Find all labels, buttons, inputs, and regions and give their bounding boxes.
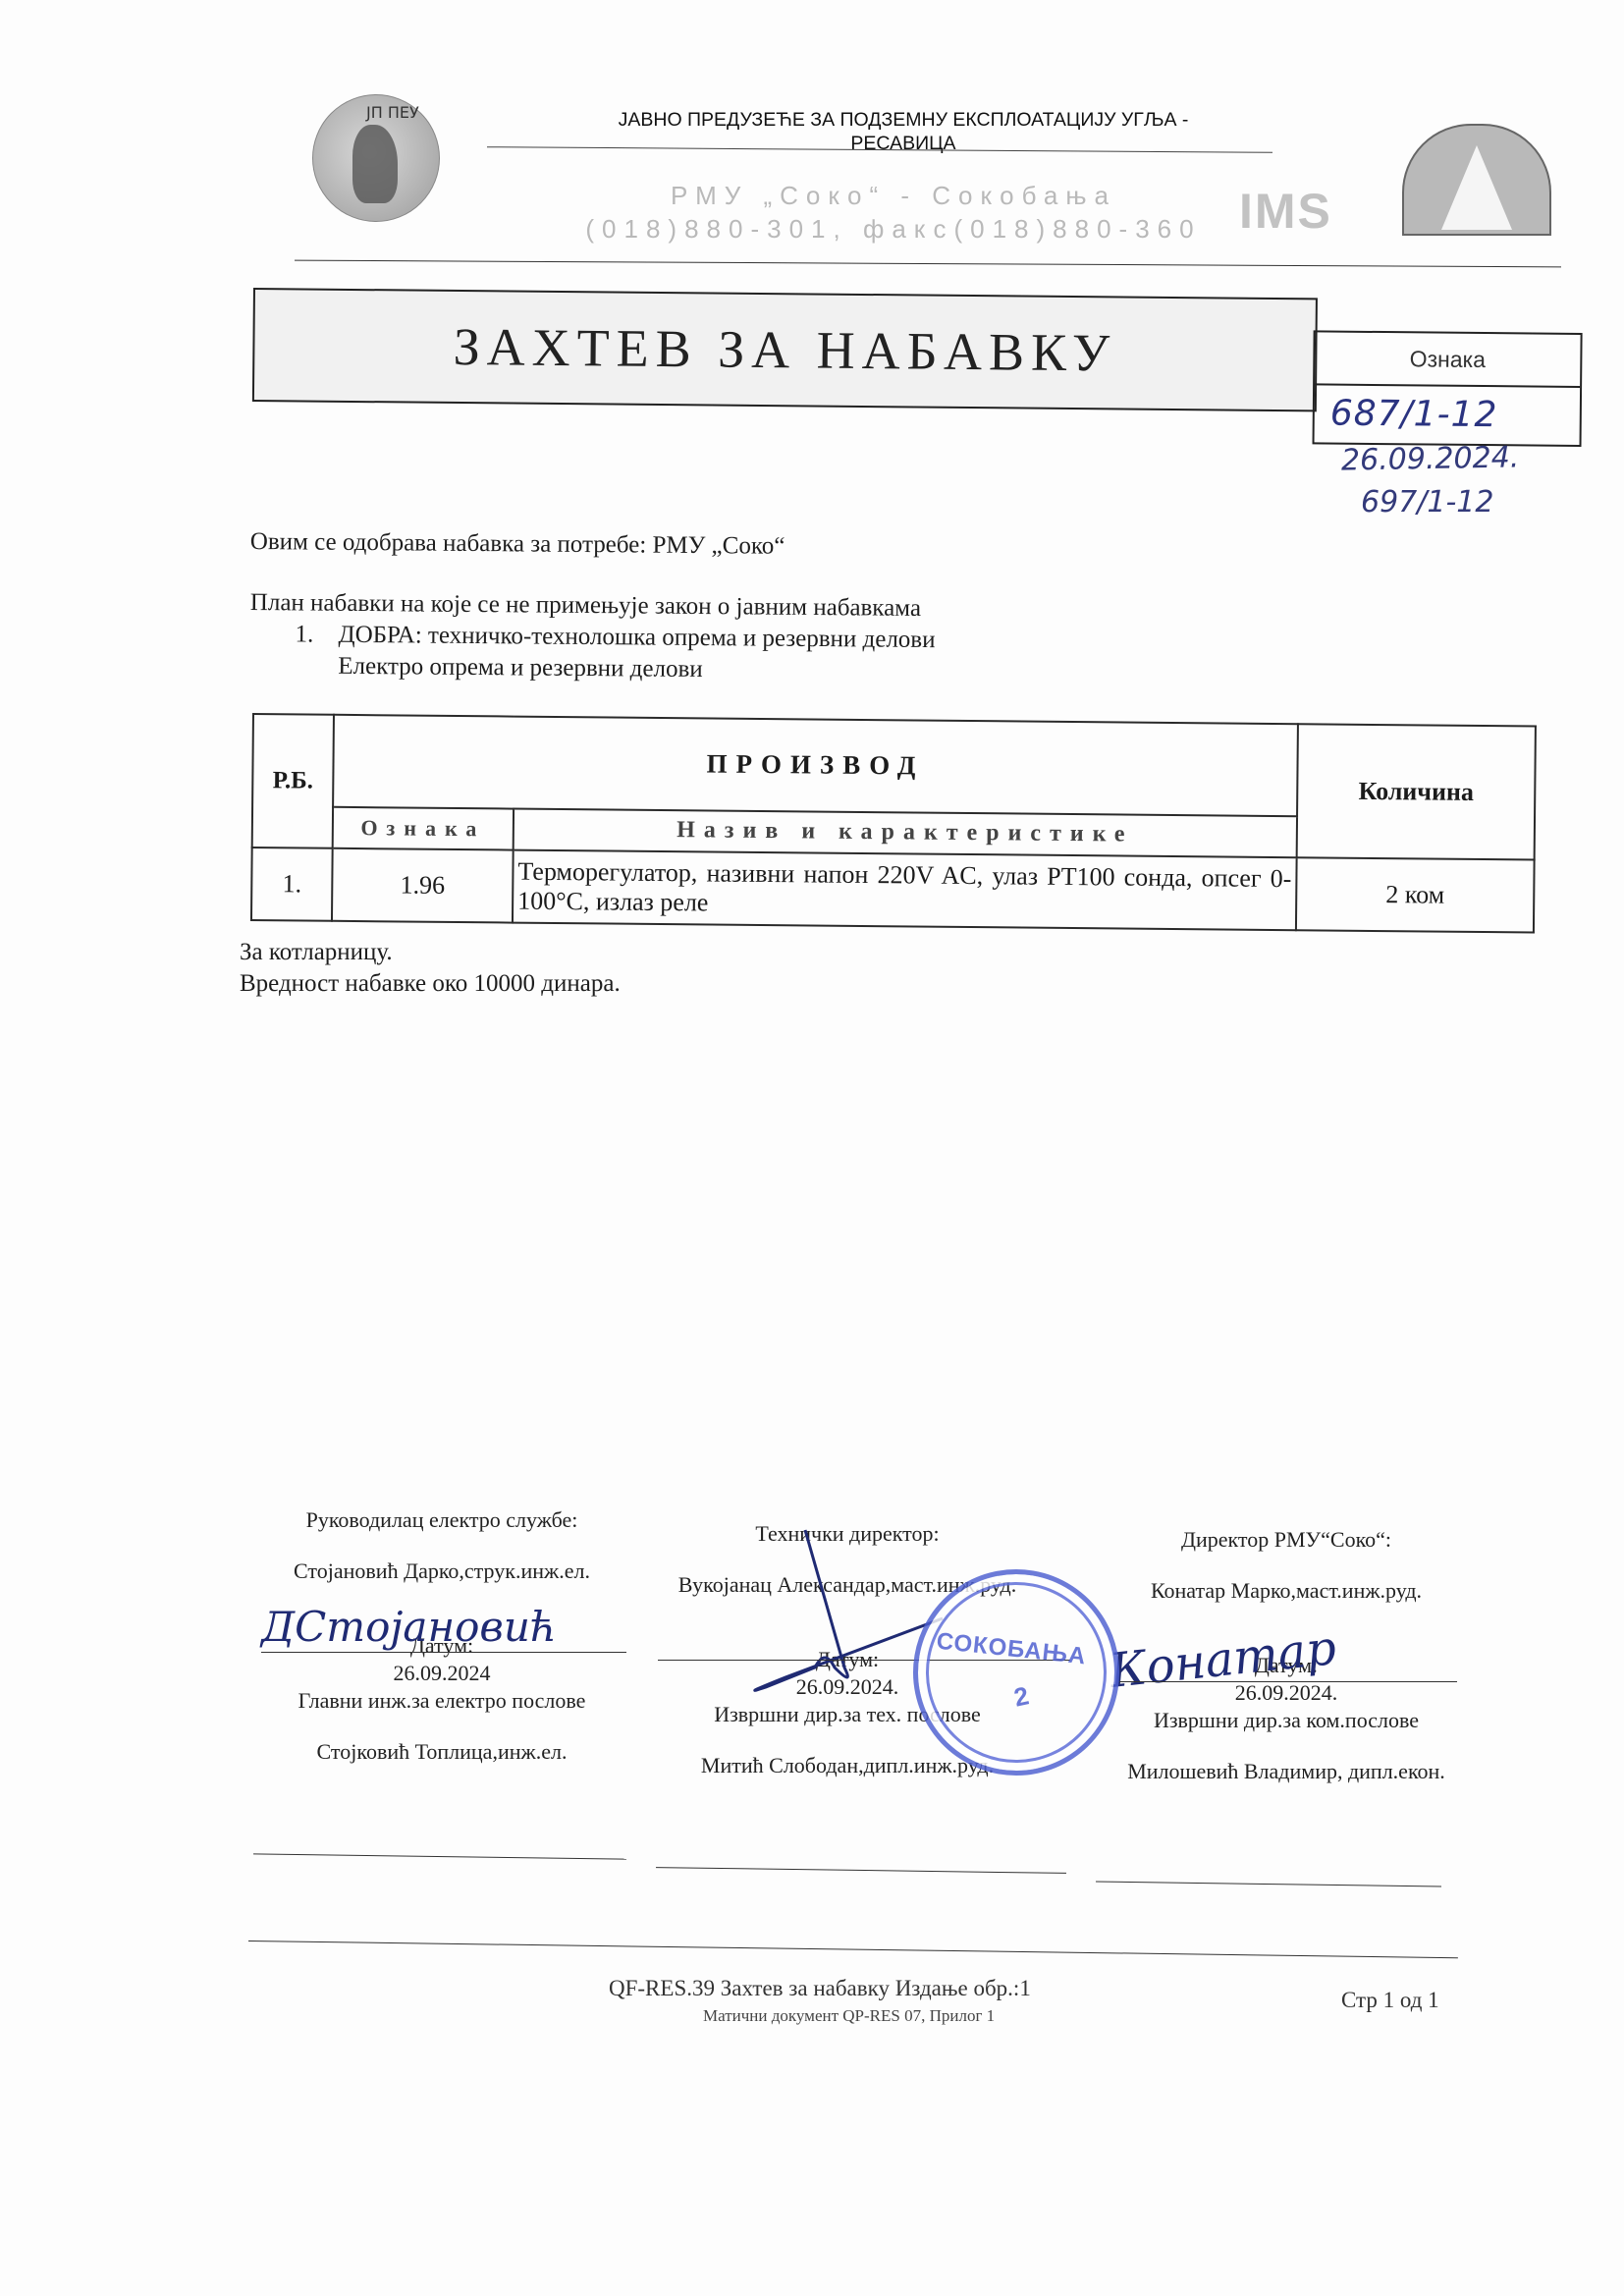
procurement-plan: План набавки на које се не примењује зак…: [249, 587, 936, 687]
mine-phone: (018)880-301, факс(018)880-360: [550, 214, 1237, 244]
footer-divider: [248, 1941, 1458, 1958]
header-bottom-divider: [295, 260, 1561, 268]
blank-signature-line: [253, 1853, 626, 1859]
sub-signer-role: Главни инж.за електро послове: [253, 1687, 630, 1715]
notes: За котларницу. Вредност набавке око 1000…: [240, 937, 621, 1000]
org-name-line1: ЈАВНО ПРЕДУЗЕЋЕ ЗА ПОДЗЕМНУ ЕКСПЛОАТАЦИЈ…: [550, 108, 1257, 132]
document-code-label: Ознака: [1315, 332, 1581, 388]
signer-name: Стојановић Дарко,струк.инж.ел.: [253, 1558, 630, 1585]
document-code-value: 687/1-12: [1315, 385, 1580, 436]
handwritten-number: 697/1-12: [1361, 485, 1493, 519]
plan-item: 1. ДОБРА: техничко-технолошка опрема и р…: [249, 619, 936, 687]
cell-rb: 1.: [251, 847, 333, 921]
cell-quantity: 2 ком: [1296, 857, 1535, 932]
company-emblem-logo: ЈП ПЕУ: [312, 94, 440, 222]
approval-statement: Овим се одобрава набавка за потребе: РМУ…: [250, 526, 785, 563]
page-number: Стр 1 од 1: [1341, 1988, 1439, 2013]
miner-figure-icon: [352, 125, 398, 203]
sub-signer-name: Стојковић Топлица,инж.ел.: [253, 1738, 630, 1766]
sub-signer-role: Извршни дир.за ком.послове: [1080, 1707, 1492, 1734]
footer-parent-document: Матични документ QP-RES 07, Прилог 1: [703, 2006, 995, 2026]
signer-role: Директор РМУ“Соко“:: [1080, 1526, 1492, 1554]
stamp-number: 2: [922, 1662, 1120, 1732]
signature-stojanovic: ДСтојановић: [261, 1603, 557, 1651]
signature-line: [261, 1652, 626, 1653]
title-box: ЗАХТЕВ ЗА НАБАВКУ Ознака 687/1-12: [252, 288, 1579, 448]
blank-signature-line: [1096, 1882, 1441, 1887]
plan-item-number: 1.: [295, 619, 313, 650]
mine-name: РМУ „Соко“ - Сокобања: [550, 181, 1237, 210]
header-rb: Р.Б.: [252, 714, 334, 848]
blank-signature-line: [656, 1867, 1066, 1874]
handwritten-date: 26.09.2024.: [1341, 440, 1520, 477]
header-product: ПРОИЗВОД: [333, 715, 1298, 816]
signature-line: [1119, 1681, 1457, 1682]
footer-form-id: QF-RES.39 Захтев за набавку Издање обр.:…: [609, 1976, 1031, 2001]
signer-name: Конатар Марко,маст.инж.руд.: [1080, 1577, 1492, 1605]
header-quantity: Количина: [1297, 724, 1536, 859]
note-purpose: За котларницу.: [240, 937, 621, 968]
sub-signer-name: Милошевић Владимир, дипл.екон.: [1080, 1758, 1492, 1785]
stamp-city: СОКОБАЊА: [912, 1625, 1110, 1673]
note-value: Вредност набавке око 10000 динара.: [240, 968, 621, 1000]
cell-code: 1.96: [332, 848, 514, 923]
document-title: ЗАХТЕВ ЗА НАБАВКУ: [252, 288, 1318, 411]
ims-logo-icon: [1402, 124, 1551, 236]
sign-date: 26.09.2024: [253, 1660, 630, 1687]
header-code: Ознака: [333, 807, 514, 850]
cell-name: Терморегулатор, називни напон 220V AC, у…: [513, 850, 1297, 931]
plan-item-line2: Електро опрема и резервни делови: [297, 650, 935, 687]
pickaxe-icon: ЈП ПЕУ: [366, 103, 419, 122]
ims-logo-text: IMS: [1239, 183, 1332, 240]
signer-role: Руководилац електро службе:: [253, 1506, 630, 1534]
document-code-cell: Ознака 687/1-12: [1313, 330, 1583, 447]
items-table: Р.Б. ПРОИЗВОД Количина Ознака Назив и ка…: [250, 713, 1537, 934]
table-row: 1. 1.96 Терморегулатор, називни напон 22…: [251, 847, 1535, 933]
